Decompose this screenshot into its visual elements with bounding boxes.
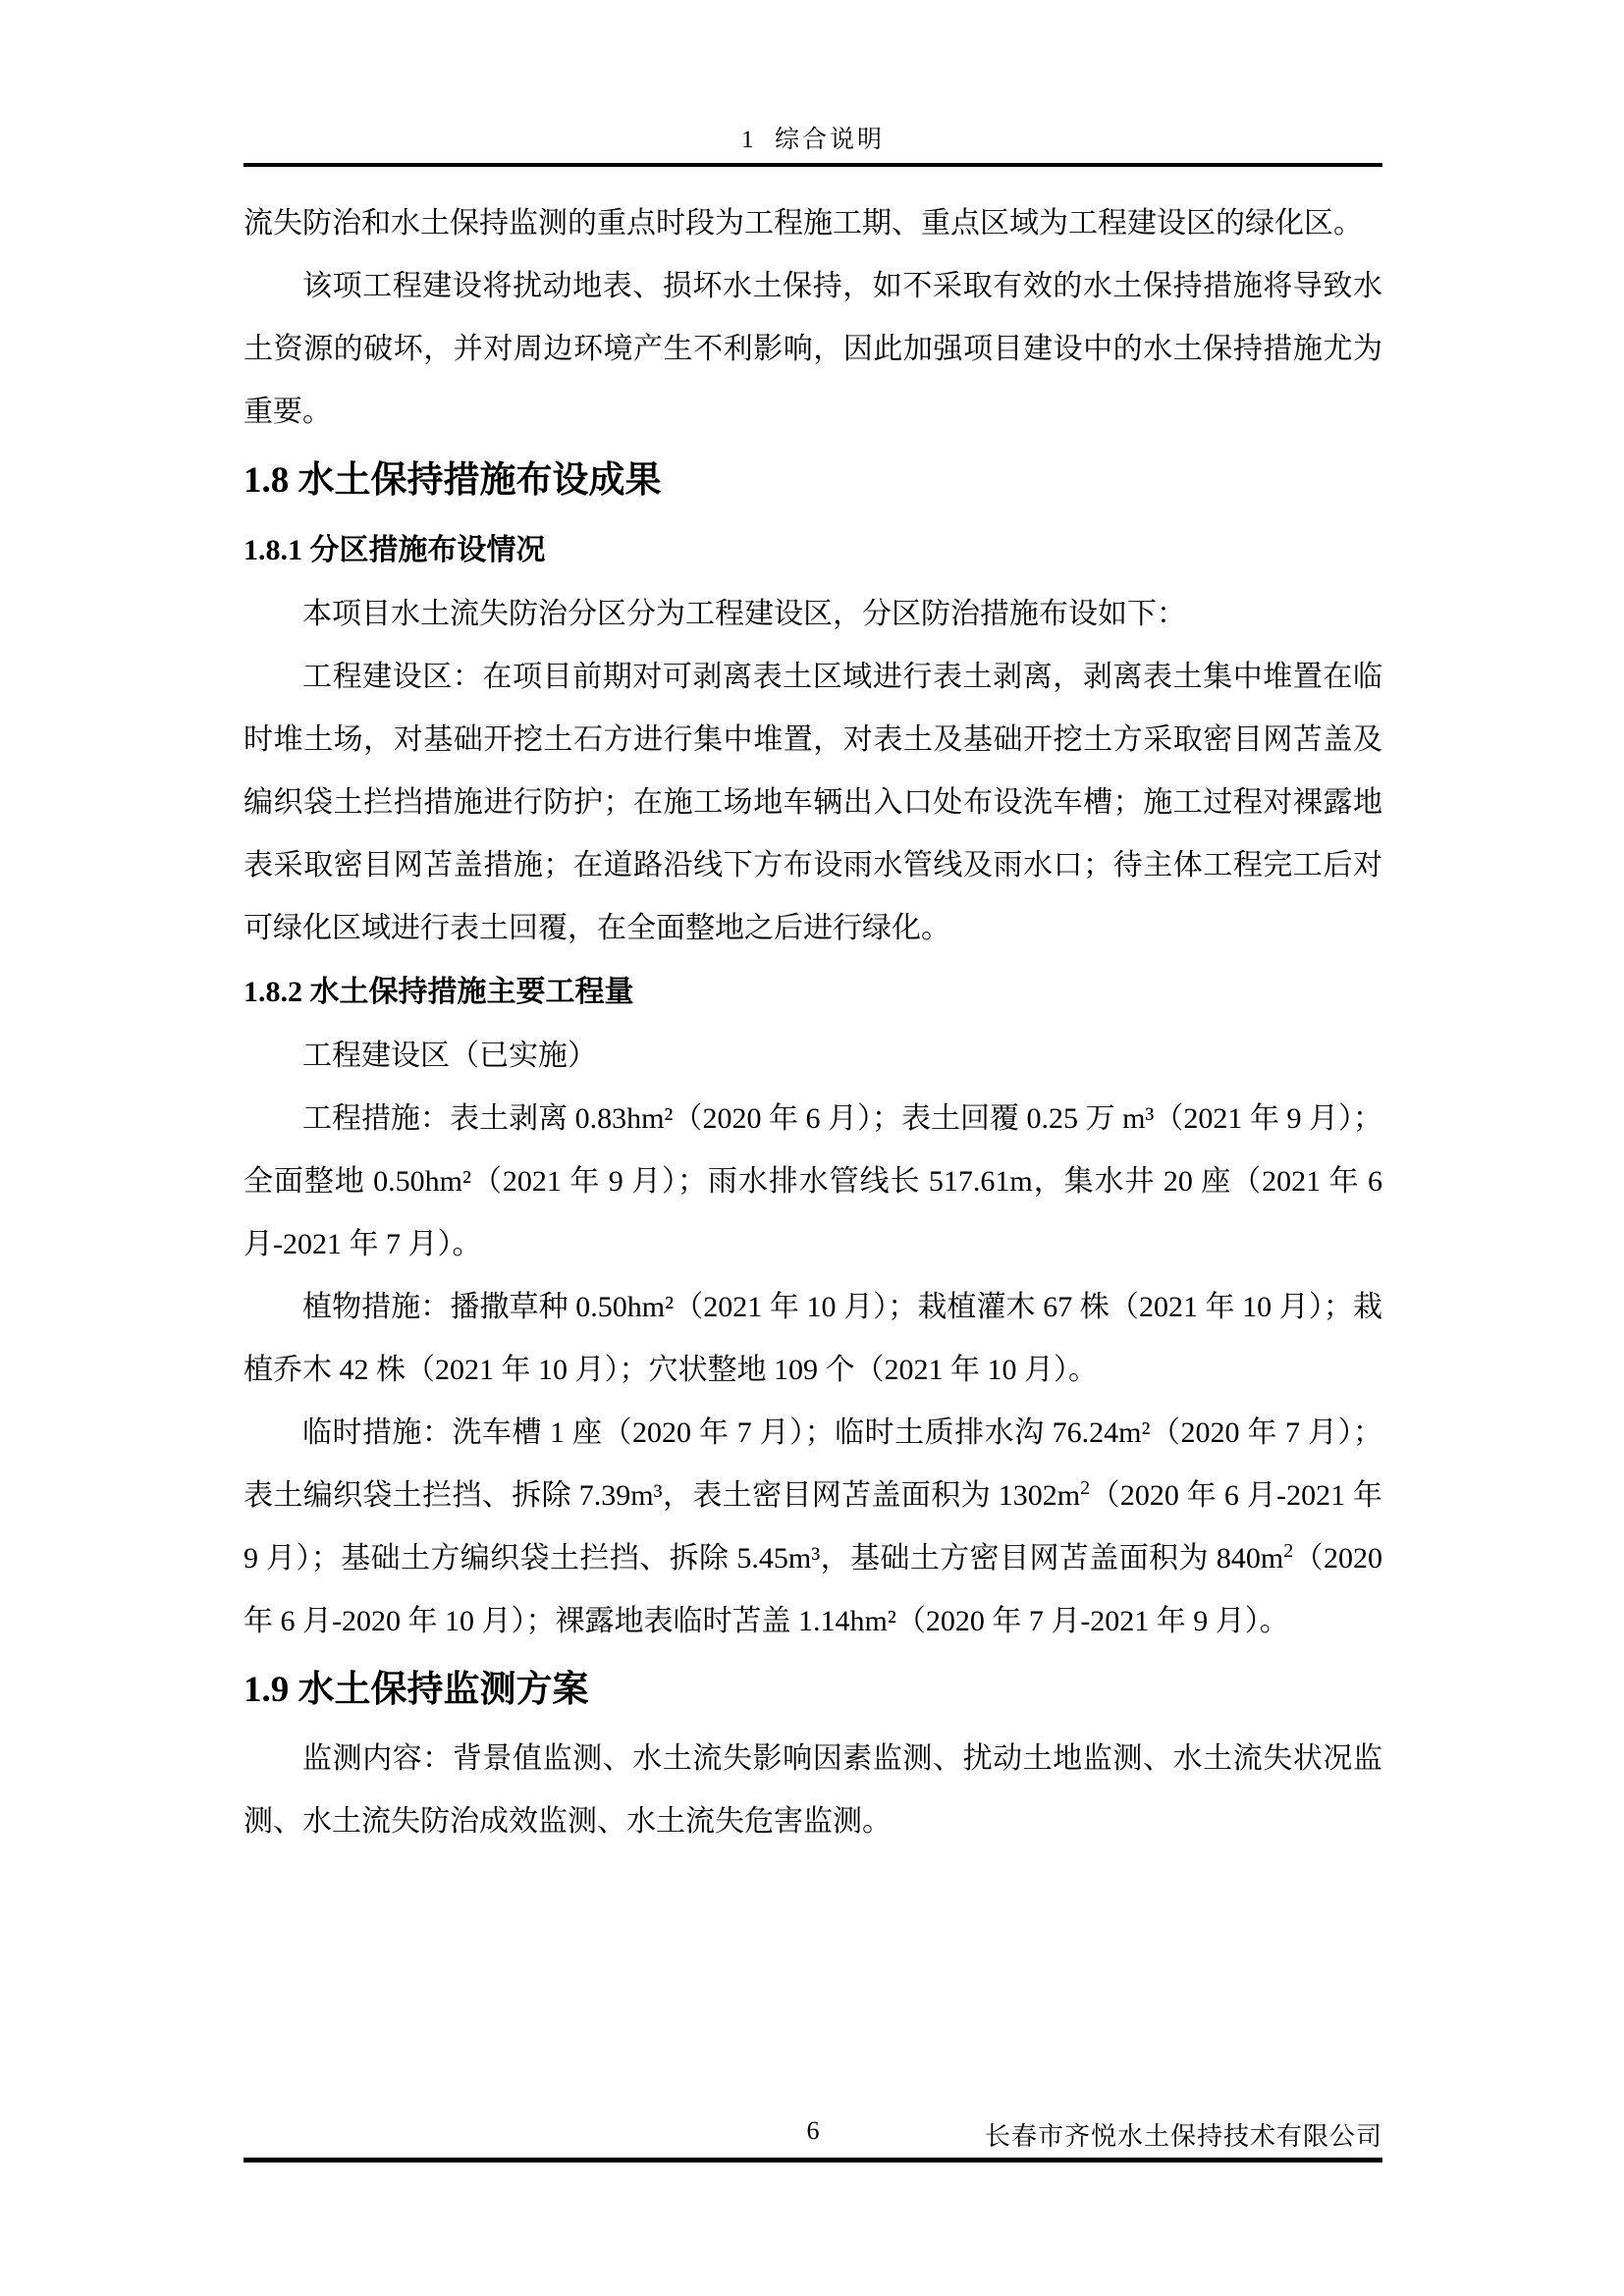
text-run: 植物措施：播撒草种 0.50hm²（2021 年 10 月）；栽植灌木 67 株…	[244, 1291, 1382, 1386]
subsection-heading: 1.8.2 水土保持措施主要工程量	[244, 960, 1382, 1025]
text-run: 工程建设区（已实施）	[302, 1040, 597, 1072]
page-header: 1 综合说明	[244, 0, 1382, 167]
header-title: 1 综合说明	[244, 0, 1382, 155]
superscript-text-run: 2	[1080, 1477, 1090, 1499]
page-footer: 6 长春市齐悦水土保持技术有限公司	[244, 2116, 1382, 2163]
text-run: 流失防治和水土保持监测的重点时段为工程施工期、重点区域为工程建设区的绿化区。	[244, 207, 1363, 240]
body-paragraph: 监测内容：背景值监测、水土流失影响因素监测、扰动土地监测、水土流失状况监测、水土…	[244, 1728, 1382, 1853]
text-run: 该项工程建设将扰动地表、损坏水土保持，如不采取有效的水土保持措施将导致水土资源的…	[244, 270, 1382, 428]
text-run: 工程措施：表土剥离 0.83hm²（2020 年 6 月）；表土回覆 0.25 …	[244, 1102, 1382, 1260]
footer-rule	[244, 2158, 1382, 2163]
document-page: 1 综合说明 流失防治和水土保持监测的重点时段为工程施工期、重点区域为工程建设区…	[0, 0, 1624, 2296]
document-body: 流失防治和水土保持监测的重点时段为工程施工期、重点区域为工程建设区的绿化区。该项…	[244, 192, 1382, 1853]
text-run: 工程建设区：在项目前期对可剥离表土区域进行表土剥离，剥离表土集中堆置在临时堆土场…	[244, 661, 1382, 944]
body-paragraph: 该项工程建设将扰动地表、损坏水土保持，如不采取有效的水土保持措施将导致水土资源的…	[244, 255, 1382, 444]
body-paragraph: 流失防治和水土保持监测的重点时段为工程施工期、重点区域为工程建设区的绿化区。	[244, 192, 1382, 255]
section-heading: 1.9 水土保持监测方案	[244, 1653, 1382, 1728]
text-run: 监测内容：背景值监测、水土流失影响因素监测、扰动土地监测、水土流失状况监测、水土…	[244, 1742, 1382, 1838]
section-heading: 1.8 水土保持措施布设成果	[244, 444, 1382, 518]
subsection-heading: 1.8.1 分区措施布设情况	[244, 518, 1382, 583]
body-paragraph: 植物措施：播撒草种 0.50hm²（2021 年 10 月）；栽植灌木 67 株…	[244, 1276, 1382, 1402]
superscript-text-run: 2	[1283, 1540, 1293, 1562]
body-paragraph: 本项目水土流失防治分区分为工程建设区，分区防治措施布设如下：	[244, 583, 1382, 646]
text-run: 本项目水土流失防治分区分为工程建设区，分区防治措施布设如下：	[302, 598, 1186, 630]
footer-company-name: 长春市齐悦水土保持技术有限公司	[985, 2116, 1382, 2153]
footer-row: 6 长春市齐悦水土保持技术有限公司	[244, 2116, 1382, 2158]
body-paragraph: 临时措施：洗车槽 1 座（2020 年 7 月）；临时土质排水沟 76.24m²…	[244, 1402, 1382, 1653]
body-paragraph: 工程建设区（已实施）	[244, 1025, 1382, 1088]
body-paragraph: 工程措施：表土剥离 0.83hm²（2020 年 6 月）；表土回覆 0.25 …	[244, 1088, 1382, 1276]
body-paragraph: 工程建设区：在项目前期对可剥离表土区域进行表土剥离，剥离表土集中堆置在临时堆土场…	[244, 646, 1382, 960]
header-rule	[244, 163, 1382, 167]
